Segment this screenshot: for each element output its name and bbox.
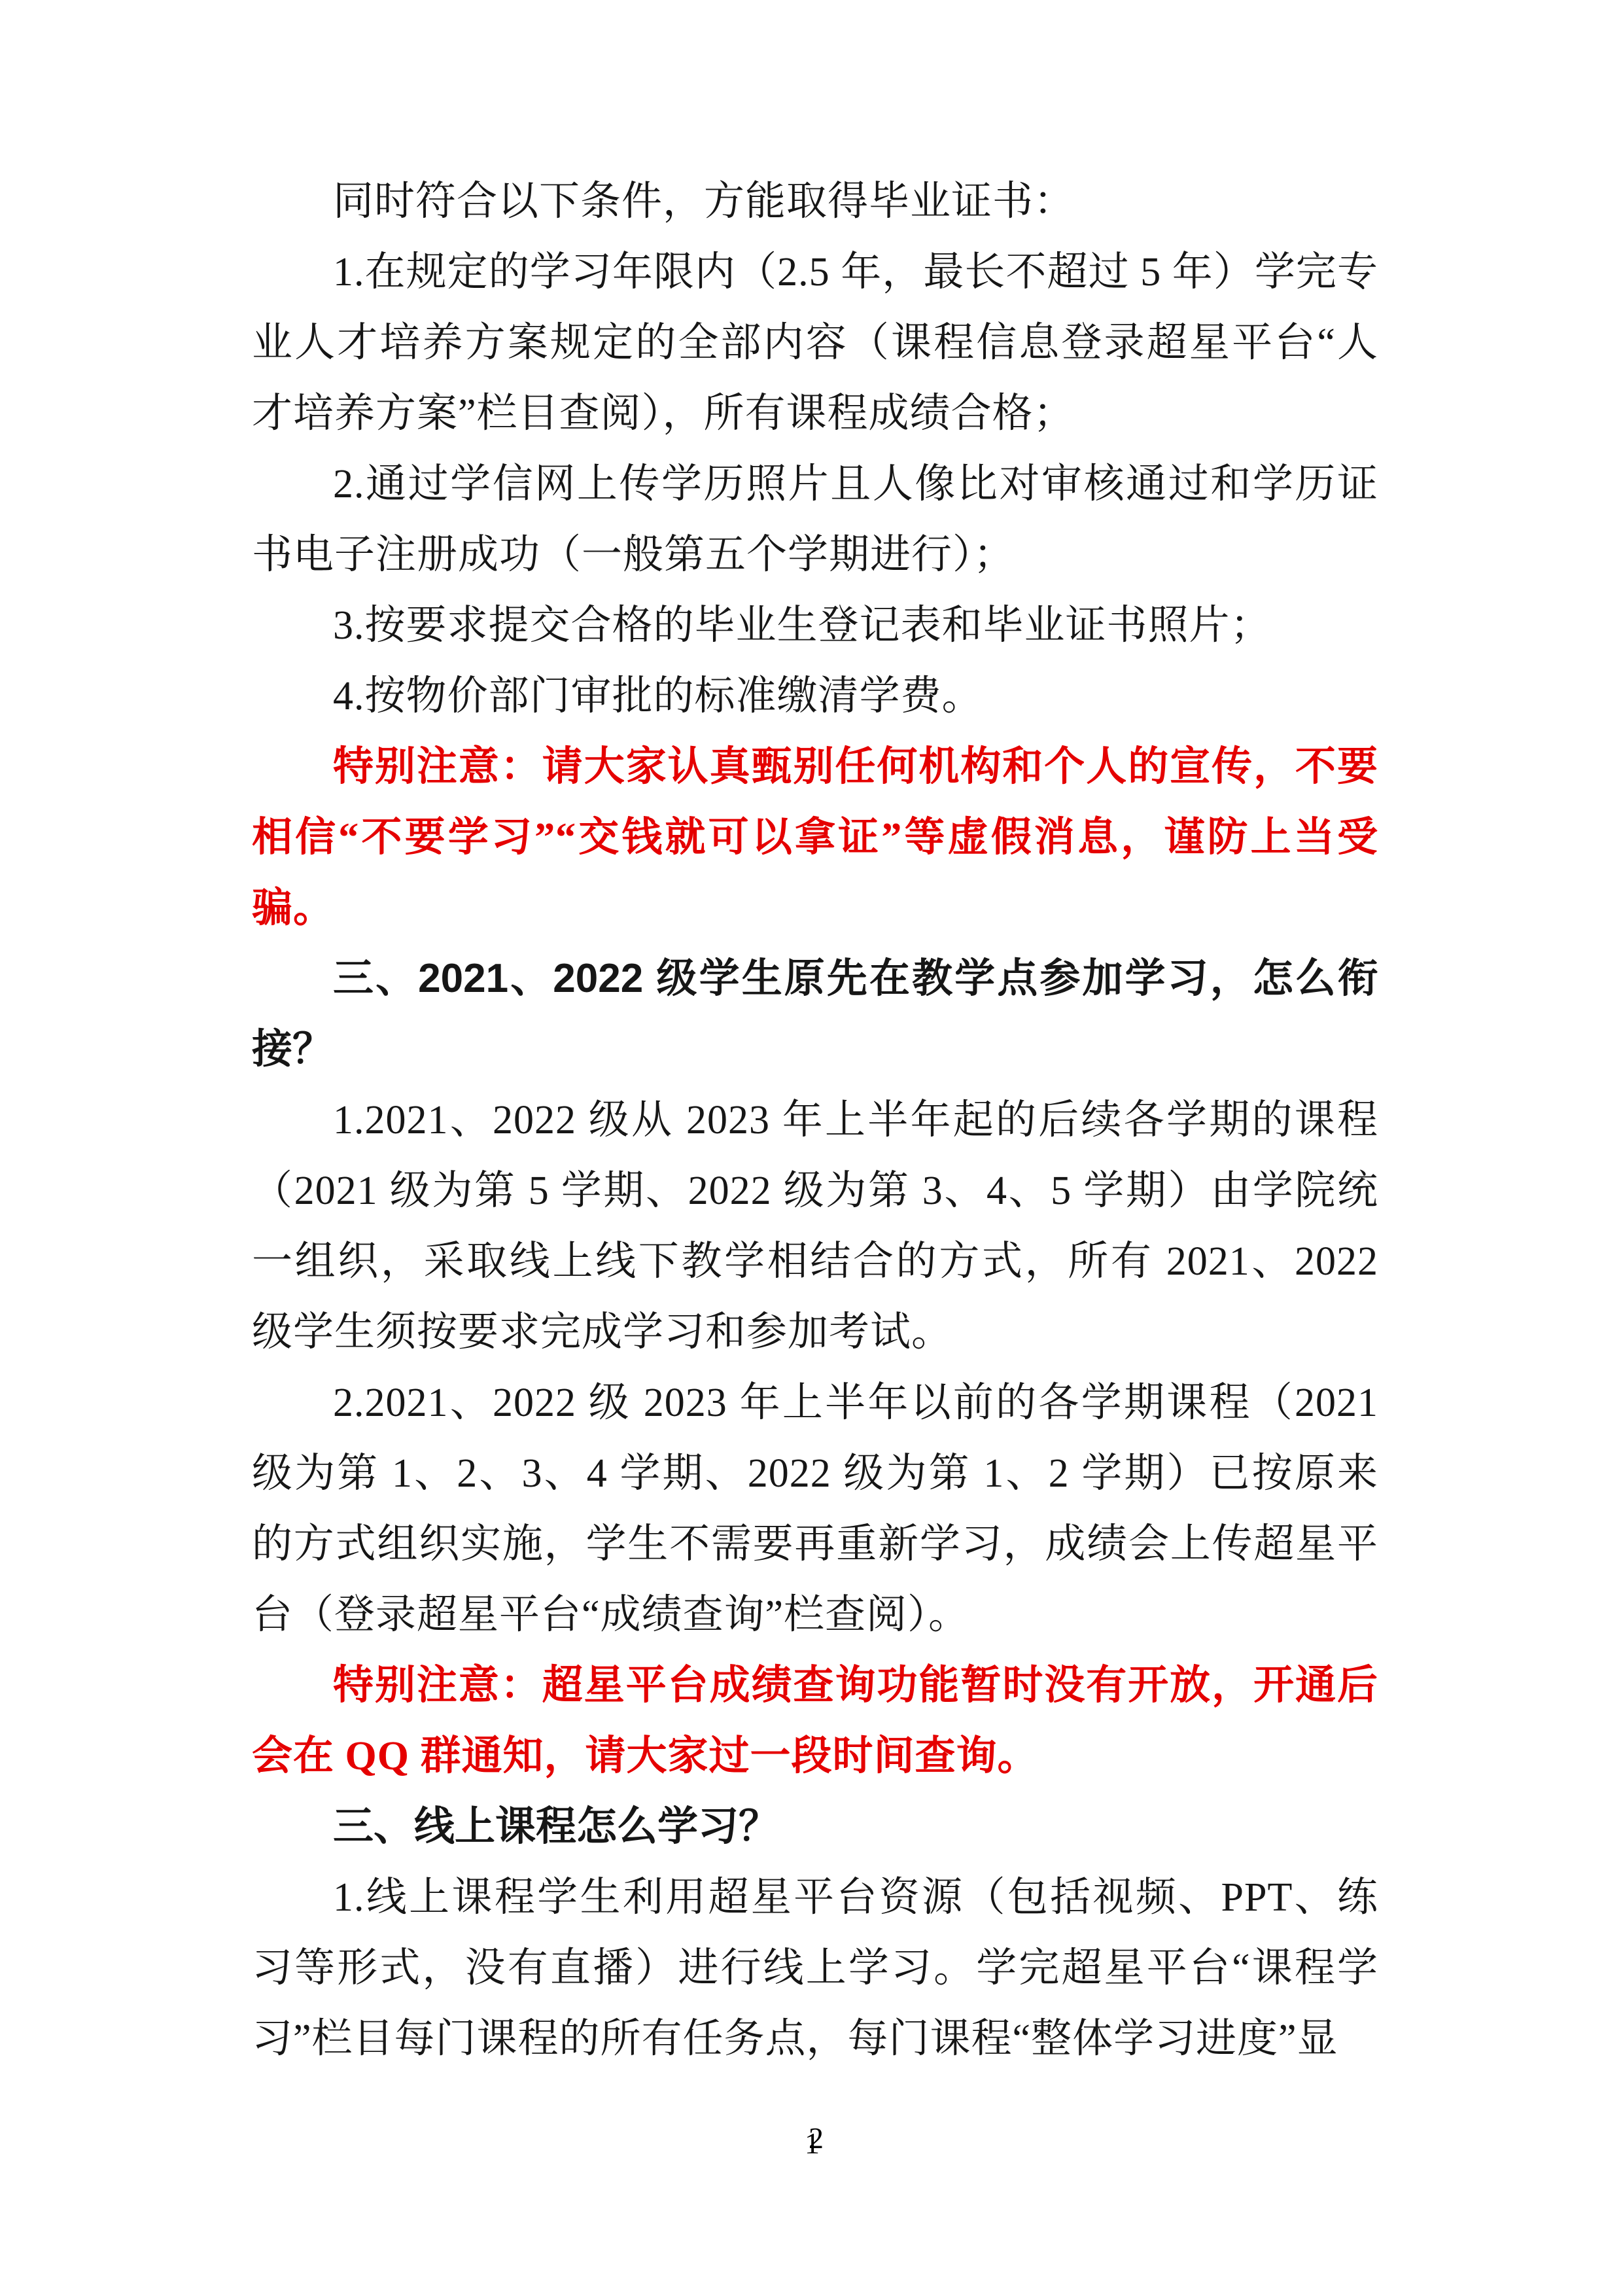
para-condition-1-study-period: 1.在规定的学习年限内（2.5 年，最长不超过 5 年）学完专业人才培养方案规定…	[252, 237, 1378, 449]
para-transition-earlier-semesters: 2.2021、2022 级 2023 年上半年以前的各学期课程（2021 级为第…	[252, 1368, 1378, 1650]
para-online-course-resources: 1.线上课程学生利用超星平台资源（包括视频、PPT、练习等形式，没有直播）进行线…	[252, 1862, 1378, 2074]
para-special-notice-fraud-warning: 特别注意：请大家认真甄别任何机构和个人的宣传，不要相信“不要学习”“交钱就可以拿…	[252, 732, 1378, 944]
page-number-digit: 2	[809, 2119, 824, 2158]
page-number: 1 2	[803, 2119, 843, 2164]
document-body: 同时符合以下条件，方能取得毕业证书： 1.在规定的学习年限内（2.5 年，最长不…	[252, 166, 1378, 2074]
heading-online-course-study: 三、线上课程怎么学习？	[252, 1792, 1378, 1862]
para-condition-2-photo-registration: 2.通过学信网上传学历照片且人像比对审核通过和学历证书电子注册成功（一般第五个学…	[252, 449, 1378, 590]
para-graduation-conditions-intro: 同时符合以下条件，方能取得毕业证书：	[252, 166, 1378, 237]
para-transition-later-semesters: 1.2021、2022 级从 2023 年上半年起的后续各学期的课程（2021 …	[252, 1085, 1378, 1368]
heading-2021-2022-transition: 三、2021、2022 级学生原先在教学点参加学习，怎么衔接？	[252, 944, 1378, 1085]
para-condition-3-graduate-form: 3.按要求提交合格的毕业生登记表和毕业证书照片；	[252, 590, 1378, 661]
para-special-notice-score-query: 特别注意：超星平台成绩查询功能暂时没有开放，开通后会在 QQ 群通知，请大家过一…	[252, 1650, 1378, 1792]
para-condition-4-tuition: 4.按物价部门审批的标准缴清学费。	[252, 661, 1378, 732]
document-page: 同时符合以下条件，方能取得毕业证书： 1.在规定的学习年限内（2.5 年，最长不…	[0, 0, 1623, 2296]
